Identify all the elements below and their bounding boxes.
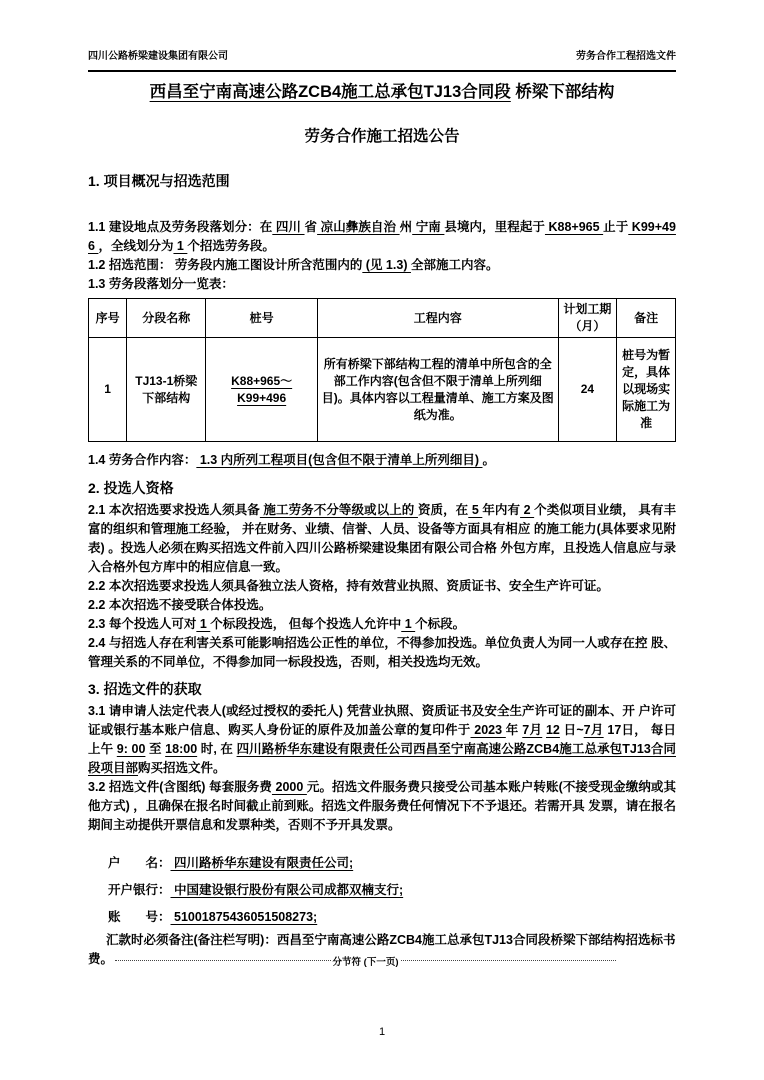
para-2-4: 2.4 与招选人存在利害关系可能影响招选公正性的单位，不得参加投选。单位负责人为… [88,634,676,672]
text-run: 2000 [272,780,307,794]
text-run: 四川 [272,220,304,234]
text-run: 宁南 [412,220,444,234]
text-run: 1.3 内所列工程项目(包含但不限于清单上所列细目) [196,453,482,467]
cell-name: TJ13-1桥梁下部结构 [127,338,206,442]
section-break-dots-right [401,960,617,961]
bank-info-block: 户 名： 四川路桥华东建设有限责任公司; 开户银行： 中国建设银行股份有限公司成… [88,850,676,931]
section-break-dots-left [115,960,331,961]
document-page: 四川公路桥梁建设集团有限公司 劳务合作工程招选文件 西昌至宁南高速公路ZCB4施… [0,0,764,1080]
text-run: 1.2 招选范围： 劳务段内施工图设计所含范围内的 [88,258,362,272]
text-run: (见 1.3) [362,258,411,272]
text-run: 日~ [560,723,584,737]
text-run: 全部施工内容。 [411,258,499,272]
section-1-heading: 1. 项目概况与招选范围 [88,172,676,190]
para-1-2: 1.2 招选范围： 劳务段内施工图设计所含范围内的 (见 1.3) 全部施工内容… [88,256,676,275]
page-number: 1 [0,1026,764,1038]
text-run: 7月 [584,723,604,737]
text-run: 县境内，里程起于 [444,220,545,234]
col-header-note: 备注 [617,299,676,338]
cell-stake-value: K88+965～K99+496 [231,374,292,405]
text-run: 12 [546,723,560,737]
section-break: 分节符 (下一页) [113,957,618,969]
text-run: 个标段。 [415,617,465,631]
para-2-1: 2.1 本次招选要求投选人须具备 施工劳务不分等级或以上的 资质，在 5 年内有… [88,501,676,577]
cell-work: 所有桥梁下部结构工程的清单中所包含的全部工作内容(包含但不限于清单上所列细目)。… [317,338,558,442]
para-remit-note: 汇款时必须备注(备注栏写明)：西昌至宁南高速公路ZCB4施工总承包TJ13合同段… [88,931,676,969]
text-run: 个标段投选， 但每个投选人允许中 [210,617,401,631]
para-1-3: 1.3 劳务段落划分一览表： [88,275,676,294]
table-row: 1 TJ13-1桥梁下部结构 K88+965～K99+496 所有桥梁下部结构工… [89,338,676,442]
text-run: 个招选劳务段。 [187,239,275,253]
text-run: 。 [482,453,495,467]
text-run: 7月 [522,723,542,737]
col-header-work: 工程内容 [317,299,558,338]
header-rule [88,70,676,72]
text-run: 1 [401,617,415,631]
text-run: 2.3 每个投选人可对 [88,617,196,631]
text-run: 2023 [471,723,506,737]
text-run: ，全线划分为 [98,239,173,253]
text-run: 1.4 劳务合作内容： [88,453,196,467]
document-title-rest: 桥梁下部结构 [511,83,615,101]
text-run: 5 [468,503,482,517]
bank-account-name-line: 户 名： 四川路桥华东建设有限责任公司; [88,850,676,877]
cell-duration: 24 [558,338,617,442]
text-run: 止于 [603,220,628,234]
para-3-1: 3.1 请申请人法定代表人(或经过授权的委托人) 凭营业执照、资质证书及安全生产… [88,702,676,778]
segments-table-header-row: 序号 分段名称 桩号 工程内容 计划工期（月） 备注 [89,299,676,338]
text-run: 省 [305,220,318,234]
bank-account-name-value: 四川路桥华东建设有限责任公司; [171,856,354,870]
para-2-3: 2.3 每个投选人可对 1 个标段投选， 但每个投选人允许中 1 个标段。 [88,615,676,634]
text-run: 施工劳务不分等级或以上的 [260,503,418,517]
text-run: 2.2 本次招选要求投选人须具备独立法人资格，持有效营业执照、资质证书、安全生产… [88,579,609,593]
text-run: 1 [196,617,210,631]
document-title-underlined: 西昌至宁南高速公路ZCB4施工总承包TJ13合同段 [150,83,511,101]
document-body: 1. 项目概况与招选范围 1.1 建设地点及劳务段落划分：在 四川 省 凉山彝族… [88,172,676,969]
text-run: 2.2 本次招选不接受联合体投选。 [88,598,271,612]
bank-branch-label: 开户银行： [108,883,171,897]
cell-note: 桩号为暂定，具体以现场实际施工为准 [617,338,676,442]
section-break-label: 分节符 (下一页) [333,957,399,969]
text-run: 1.3 劳务段落划分一览表： [88,277,234,291]
text-run: 年内有 [482,503,520,517]
para-3-2: 3.2 招选文件(含图纸) 每套服务费 2000 元。招选文件服务费只接受公司基… [88,778,676,835]
col-header-name: 分段名称 [127,299,206,338]
text-run: K88+965 [545,220,603,234]
cell-seq: 1 [89,338,127,442]
document-header: 四川公路桥梁建设集团有限公司 劳务合作工程招选文件 [88,50,676,64]
text-run: 州 [400,220,413,234]
text-run: 9: 00 [117,742,146,756]
text-run: 2 [520,503,534,517]
text-run: 时, 在 [197,742,236,756]
col-header-stake: 桩号 [206,299,318,338]
bank-branch-value: 中国建设银行股份有限公司成都双楠支行; [171,883,404,897]
para-2-2b: 2.2 本次招选不接受联合体投选。 [88,596,676,615]
text-run: 1 [173,239,187,253]
para-2-2a: 2.2 本次招选要求投选人须具备独立法人资格，持有效营业执照、资质证书、安全生产… [88,577,676,596]
bank-account-name-label: 户 名： [108,856,171,870]
text-run: 凉山彝族自治 [317,220,400,234]
header-right-text: 劳务合作工程招选文件 [576,50,676,64]
para-1-4: 1.4 劳务合作内容： 1.3 内所列工程项目(包含但不限于清单上所列细目) 。 [88,451,676,470]
text-run: 3.2 招选文件(含图纸) 每套服务费 [88,780,272,794]
text-run: 18:00 [165,742,197,756]
document-subtitle: 劳务合作施工招选公告 [88,126,676,148]
section-2-heading: 2. 投选人资格 [88,479,676,497]
bank-account-number-label: 账 号： [108,910,171,924]
text-run: 2.1 本次招选要求投选人须具备 [88,503,260,517]
header-left-text: 四川公路桥梁建设集团有限公司 [88,50,228,64]
text-run: 年 [506,723,522,737]
text-run: 2.4 与招选人存在利害关系可能影响招选公正性的单位，不得参加投选。单位负责人为… [88,636,676,669]
section-3-heading: 3. 招选文件的获取 [88,680,676,698]
cell-stake: K88+965～K99+496 [206,338,318,442]
bank-account-number-value: 51001875436051508273; [171,910,318,924]
para-1-1: 1.1 建设地点及劳务段落划分：在 四川 省 凉山彝族自治 州 宁南 县境内，里… [88,218,676,256]
text-run: 1.1 建设地点及劳务段落划分：在 [88,220,272,234]
text-run: 至 [145,742,165,756]
text-run: 资质，在 [418,503,468,517]
segments-table: 序号 分段名称 桩号 工程内容 计划工期（月） 备注 1 TJ13-1桥梁下部结… [88,298,676,442]
bank-account-number-line: 账 号： 51001875436051508273; [88,904,676,931]
bank-branch-line: 开户银行： 中国建设银行股份有限公司成都双楠支行; [88,877,676,904]
col-header-seq: 序号 [89,299,127,338]
text-run: 购买招选文件。 [138,761,226,775]
col-header-duration: 计划工期（月） [558,299,617,338]
document-title: 西昌至宁南高速公路ZCB4施工总承包TJ13合同段 桥梁下部结构 [88,80,676,104]
